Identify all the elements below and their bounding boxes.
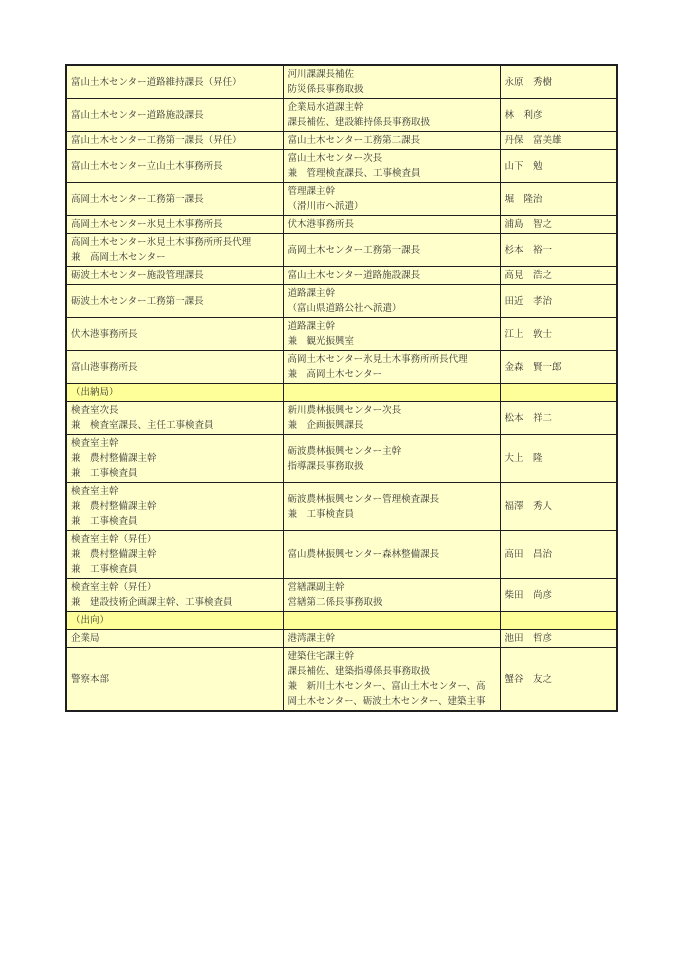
previous-position-cell: 富山土木センター道路施設課長	[283, 267, 500, 285]
new-position-cell: 検査室主幹 兼 農村整備課主幹 兼 工事検査員	[66, 435, 283, 483]
table-row: 富山土木センター立山土木事務所長 富山土木センター次長 兼 管理検査課長、工事検…	[66, 150, 617, 183]
table-row: 富山土木センター道路維持課長（昇任） 河川課課長補佐 防災係長事務取扱 永原 秀…	[66, 65, 617, 99]
previous-position-cell: 河川課課長補佐 防災係長事務取扱	[283, 65, 500, 99]
previous-position-cell: 道路課主幹 兼 観光振興室	[283, 318, 500, 351]
new-position-cell: 富山港事務所長	[66, 351, 283, 384]
previous-position-cell: 港湾課主幹	[283, 630, 500, 648]
name-cell: 柴田 尚彦	[500, 579, 617, 612]
previous-position-cell: 新川農林振興センター次長 兼 企画振興課長	[283, 402, 500, 435]
name-cell: 金森 賢一郎	[500, 351, 617, 384]
previous-position-cell: 高岡土木センター工務第一課長	[283, 234, 500, 267]
table-row: 高岡土木センター工務第一課長 管理課主幹 （滑川市へ派遣） 堀 隆治	[66, 183, 617, 216]
new-position-cell: 富山土木センター道路施設課長	[66, 99, 283, 132]
name-cell: 永原 秀樹	[500, 65, 617, 99]
section-empty-cell	[283, 612, 500, 630]
name-cell: 江上 敦士	[500, 318, 617, 351]
new-position-cell: 高岡土木センター工務第一課長	[66, 183, 283, 216]
previous-position-cell: 高岡土木センター氷見土木事務所所長代理 兼 高岡土木センター	[283, 351, 500, 384]
personnel-table: 富山土木センター道路維持課長（昇任） 河川課課長補佐 防災係長事務取扱 永原 秀…	[65, 64, 618, 712]
new-position-cell: 高岡土木センター氷見土木事務所長	[66, 216, 283, 234]
new-position-cell: 富山土木センター道路維持課長（昇任）	[66, 65, 283, 99]
table-row: 検査室主幹（昇任） 兼 農村整備課主幹 兼 工事検査員 富山農林振興センター森林…	[66, 531, 617, 579]
previous-position-cell: 富山土木センター工務第二課長	[283, 132, 500, 150]
previous-position-cell: 伏木港事務所長	[283, 216, 500, 234]
name-cell: 浦島 智之	[500, 216, 617, 234]
section-label-cell: （出納局）	[66, 384, 283, 402]
new-position-cell: 検査室主幹 兼 農村整備課主幹 兼 工事検査員	[66, 483, 283, 531]
table-row: 伏木港事務所長 道路課主幹 兼 観光振興室 江上 敦士	[66, 318, 617, 351]
new-position-cell: 砺波土木センター工務第一課長	[66, 285, 283, 318]
name-cell: 丹保 富美雄	[500, 132, 617, 150]
new-position-cell: 砺波土木センター施設管理課長	[66, 267, 283, 285]
table-row: 検査室主幹（昇任） 兼 建設技術企画課主幹、工事検査員 営繕課副主幹 営繕第二係…	[66, 579, 617, 612]
new-position-cell: 検査室次長 兼 検査室課長、主任工事検査員	[66, 402, 283, 435]
name-cell: 福澤 秀人	[500, 483, 617, 531]
table-row: 富山土木センター道路施設課長 企業局水道課主幹 課長補佐、建設維持係長事務取扱 …	[66, 99, 617, 132]
previous-position-cell: 道路課主幹 （富山県道路公社へ派遣）	[283, 285, 500, 318]
table-row: 検査室次長 兼 検査室課長、主任工事検査員 新川農林振興センター次長 兼 企画振…	[66, 402, 617, 435]
previous-position-cell: 砺波農林振興センター主幹 指導課長事務取扱	[283, 435, 500, 483]
name-cell: 堀 隆治	[500, 183, 617, 216]
section-label-cell: （出向）	[66, 612, 283, 630]
personnel-table-body: 富山土木センター道路維持課長（昇任） 河川課課長補佐 防災係長事務取扱 永原 秀…	[66, 65, 617, 711]
new-position-cell: 検査室主幹（昇任） 兼 建設技術企画課主幹、工事検査員	[66, 579, 283, 612]
new-position-cell: 富山土木センター工務第一課長（昇任）	[66, 132, 283, 150]
previous-position-cell: 砺波農林振興センター管理検査課長 兼 工事検査員	[283, 483, 500, 531]
section-empty-cell	[500, 612, 617, 630]
table-row: 検査室主幹 兼 農村整備課主幹 兼 工事検査員 砺波農林振興センター主幹 指導課…	[66, 435, 617, 483]
section-empty-cell	[500, 384, 617, 402]
previous-position-cell: 建築住宅課主幹 課長補佐、建築指導係長事務取扱 兼 新川土木センター、富山土木セ…	[283, 648, 500, 712]
table-row: 検査室主幹 兼 農村整備課主幹 兼 工事検査員 砺波農林振興センター管理検査課長…	[66, 483, 617, 531]
previous-position-cell: 富山農林振興センター森林整備課長	[283, 531, 500, 579]
new-position-cell: 富山土木センター立山土木事務所長	[66, 150, 283, 183]
section-header-row: （出納局）	[66, 384, 617, 402]
table-row: 高岡土木センター氷見土木事務所所長代理 兼 高岡土木センター 高岡土木センター工…	[66, 234, 617, 267]
section-empty-cell	[283, 384, 500, 402]
previous-position-cell: 富山土木センター次長 兼 管理検査課長、工事検査員	[283, 150, 500, 183]
new-position-cell: 企業局	[66, 630, 283, 648]
previous-position-cell: 営繕課副主幹 営繕第二係長事務取扱	[283, 579, 500, 612]
document-page: 富山土木センター道路維持課長（昇任） 河川課課長補佐 防災係長事務取扱 永原 秀…	[0, 0, 680, 961]
name-cell: 杉本 裕一	[500, 234, 617, 267]
new-position-cell: 高岡土木センター氷見土木事務所所長代理 兼 高岡土木センター	[66, 234, 283, 267]
name-cell: 高田 昌治	[500, 531, 617, 579]
table-row: 高岡土木センター氷見土木事務所長 伏木港事務所長 浦島 智之	[66, 216, 617, 234]
name-cell: 池田 哲彦	[500, 630, 617, 648]
name-cell: 山下 勉	[500, 150, 617, 183]
table-row: 企業局 港湾課主幹 池田 哲彦	[66, 630, 617, 648]
document-root: { "colors": { "cell_bg": "#ffffcc", "sec…	[0, 0, 680, 961]
table-row: 富山港事務所長 高岡土木センター氷見土木事務所所長代理 兼 高岡土木センター 金…	[66, 351, 617, 384]
name-cell: 大上 隆	[500, 435, 617, 483]
table-row: 警察本部 建築住宅課主幹 課長補佐、建築指導係長事務取扱 兼 新川土木センター、…	[66, 648, 617, 712]
table-row: 富山土木センター工務第一課長（昇任） 富山土木センター工務第二課長 丹保 富美雄	[66, 132, 617, 150]
new-position-cell: 警察本部	[66, 648, 283, 712]
table-row: 砺波土木センター施設管理課長 富山土木センター道路施設課長 高見 浩之	[66, 267, 617, 285]
new-position-cell: 検査室主幹（昇任） 兼 農村整備課主幹 兼 工事検査員	[66, 531, 283, 579]
name-cell: 田近 孝治	[500, 285, 617, 318]
previous-position-cell: 管理課主幹 （滑川市へ派遣）	[283, 183, 500, 216]
previous-position-cell: 企業局水道課主幹 課長補佐、建設維持係長事務取扱	[283, 99, 500, 132]
new-position-cell: 伏木港事務所長	[66, 318, 283, 351]
section-header-row: （出向）	[66, 612, 617, 630]
name-cell: 蟹谷 友之	[500, 648, 617, 712]
name-cell: 松本 祥二	[500, 402, 617, 435]
table-row: 砺波土木センター工務第一課長 道路課主幹 （富山県道路公社へ派遣） 田近 孝治	[66, 285, 617, 318]
name-cell: 林 利彦	[500, 99, 617, 132]
name-cell: 高見 浩之	[500, 267, 617, 285]
